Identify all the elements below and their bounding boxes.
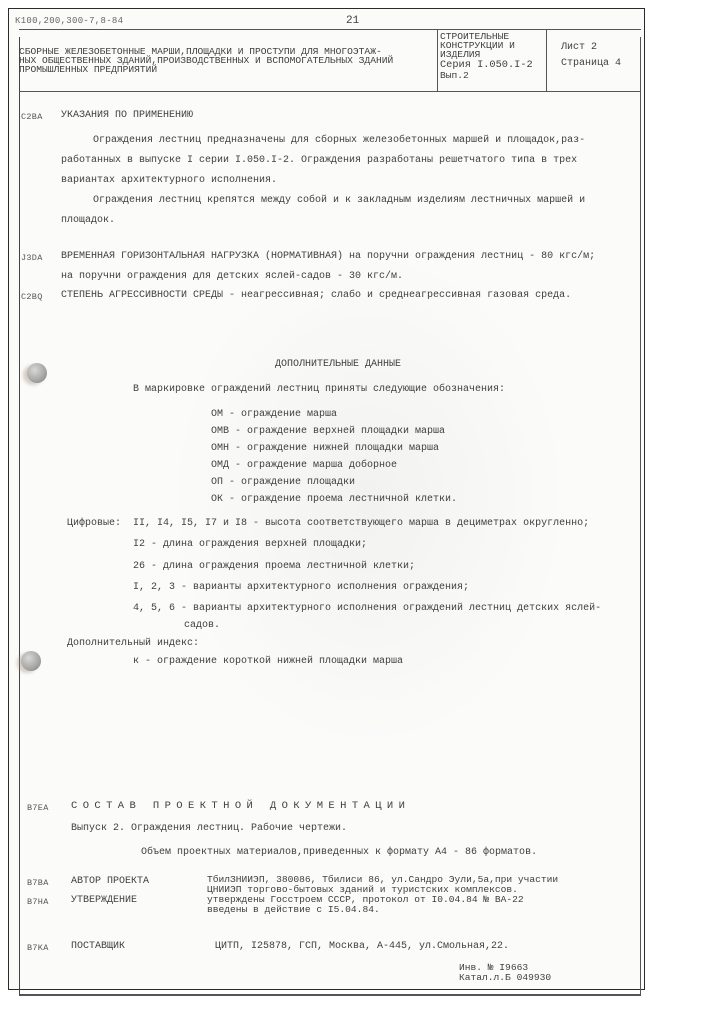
digit-item: II, I4, I5, I7 и I8 - высота соответству… <box>133 518 589 530</box>
header-divider-1 <box>437 30 438 91</box>
section-code-usage: C2BA <box>21 112 43 122</box>
section-code-approval: B7HA <box>27 897 49 907</box>
designation-item: ОК - ограждение проема лестничной клетки… <box>211 494 457 506</box>
supplier-text: ЦИТП, I25878, ГСП, Москва, А-445, ул.Смо… <box>215 941 509 953</box>
index-text: к - ограждение короткой нижней площадки … <box>133 656 403 668</box>
digit-item: 26 - длина ограждения проема лестничной … <box>133 561 415 573</box>
header-top-rule <box>19 29 641 30</box>
digit-item: 4, 5, 6 - варианты архитектурного исполн… <box>133 603 601 615</box>
approval-label: УТВЕРЖДЕНИЕ <box>71 895 137 907</box>
punch-hole-icon <box>27 363 47 383</box>
header-divider-2 <box>546 30 547 91</box>
index-label: Дополнительный индекс: <box>67 638 199 650</box>
section-code-supplier: B7KA <box>27 943 49 953</box>
additional-intro: В маркировке ограждений лестниц приняты … <box>133 384 505 396</box>
designation-item: ОМН - ограждение нижней площадки марша <box>211 443 439 455</box>
designation-item: ОМ - ограждение марша <box>211 409 337 421</box>
additional-heading: ДОПОЛНИТЕЛЬНЫЕ ДАННЫЕ <box>275 359 401 371</box>
composition-heading: СОСТАВ ПРОЕКТНОЙ ДОКУМЕНТАЦИИ <box>71 800 410 812</box>
composition-volume: Объем проектных материалов,приведенных к… <box>141 847 537 859</box>
catalog-number: Катал.л.Б 049930 <box>459 973 551 983</box>
load-line-1: ВРЕМЕННАЯ ГОРИЗОНТАЛЬНАЯ НАГРУЗКА (НОРМА… <box>61 251 595 263</box>
digit-item: I, 2, 3 - варианты архитектурного исполн… <box>133 582 469 594</box>
punch-hole-icon <box>21 651 41 671</box>
supplier-label: ПОСТАВЩИК <box>71 941 125 953</box>
load-line-2: на поручни ограждения для детских яслей-… <box>61 271 403 283</box>
page-number: 21 <box>346 15 359 27</box>
section-code-aggressiveness: C2BQ <box>21 292 43 302</box>
aggressiveness-text: СТЕПЕНЬ АГРЕССИВНОСТИ СРЕДЫ - неагрессив… <box>61 290 571 302</box>
digits-label: Цифровые: <box>67 518 121 530</box>
sheet-label: Лист 2 <box>561 42 597 54</box>
designation-item: ОМВ - ограждение верхней площадки марша <box>211 426 445 438</box>
document-page: К100,200,300-7,8-84 21 СБОРНЫЕ ЖЕЛЕЗОБЕТ… <box>8 8 645 990</box>
usage-heading: УКАЗАНИЯ ПО ПРИМЕНЕНИЮ <box>61 110 193 122</box>
digit-item: садов. <box>184 620 220 632</box>
designation-item: ОП - ограждение площадки <box>211 477 355 489</box>
header-bottom-rule <box>19 91 641 92</box>
section-code-load: J3DA <box>21 253 43 263</box>
author-label: АВТОР ПРОЕКТА <box>71 876 149 888</box>
document-code: К100,200,300-7,8-84 <box>15 16 123 26</box>
section-code-author: B7BA <box>27 878 49 888</box>
designation-item: ОМД - ограждение марша доборное <box>211 460 397 472</box>
approval-line-2: введены в действие с I5.04.84. <box>207 905 380 915</box>
digit-item: I2 - длина ограждения верхней площадки; <box>133 539 367 551</box>
composition-issue: Выпуск 2. Ограждения лестниц. Рабочие че… <box>71 823 347 835</box>
section-code-composition: B7EA <box>27 803 49 813</box>
page-label: Страница 4 <box>561 58 621 70</box>
